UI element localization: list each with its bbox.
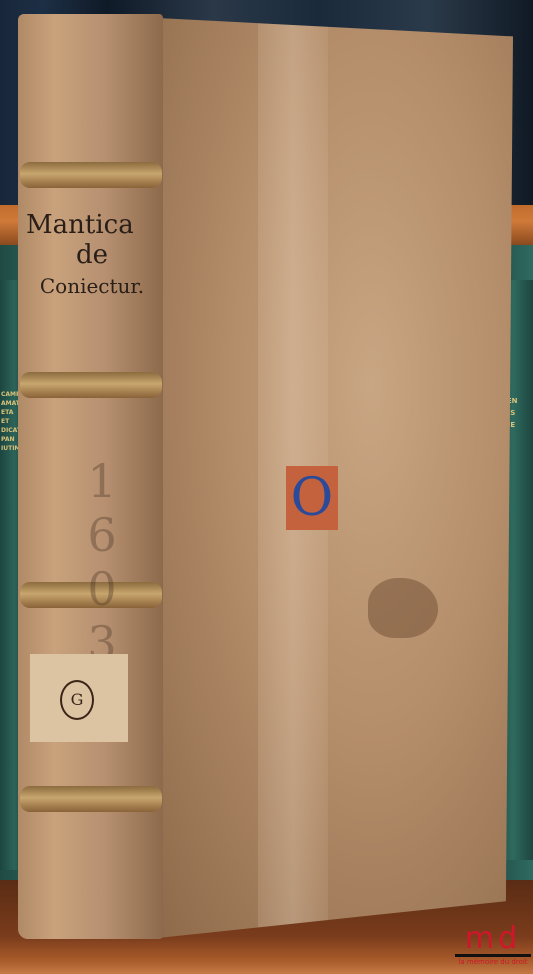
spine-title-line-1: Mantica [22,210,162,240]
spine-title-line-2: de [22,240,162,270]
watermark-tagline: la mémoire du droit [455,958,531,967]
spine-title-line-3: Coniectur. [22,270,162,302]
photo-scene: CAMPION AMATI ETA ET DICAT PAN IUTIM STE… [0,0,533,974]
watermark-logo: md [455,926,531,952]
spine-title: Mantica de Coniectur. [22,210,162,302]
spine-label-mark: G [60,680,94,720]
book-spine: Mantica de Coniectur. 1603 G [18,14,163,939]
spine-paper-label: G [30,654,128,742]
illuminated-initial: O [286,466,338,530]
antique-book: O Mantica de Coniectur. 1603 G [18,14,516,939]
book-front-cover: O [158,18,513,938]
spine-raised-band [20,372,162,398]
cover-stain [368,578,438,638]
watermark: md la mémoire du droit [455,926,531,967]
spine-raised-band [20,162,162,188]
faded-spine-number: 1603 [66,454,126,670]
spine-raised-band [20,786,162,812]
